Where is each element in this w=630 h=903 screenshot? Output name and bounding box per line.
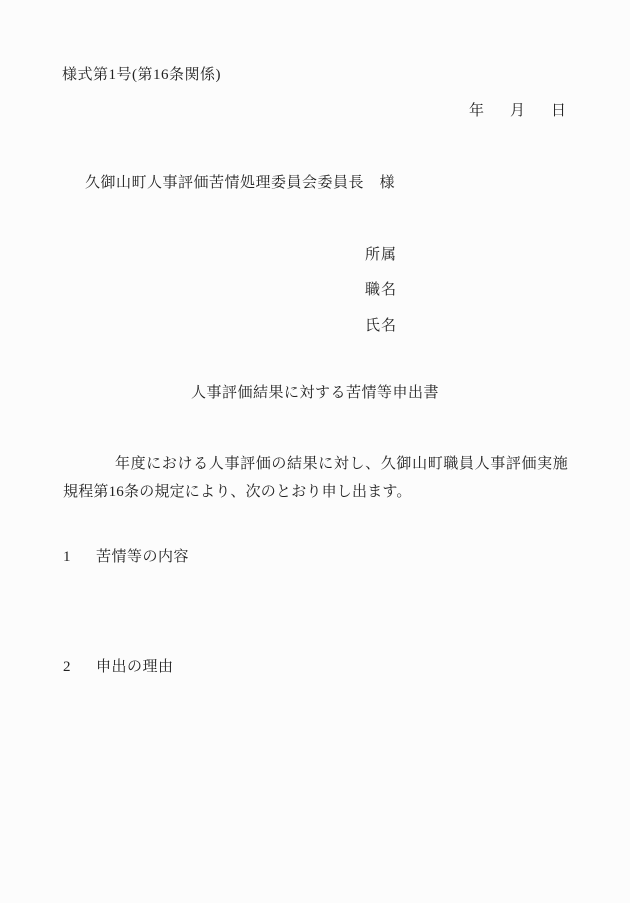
job-title-field-label: 職名 [365,278,397,299]
name-field-label: 氏名 [365,314,397,335]
date-line: 年 月 日 [469,99,566,120]
affiliation-field-label: 所属 [365,243,397,264]
section-1-number: 1 [63,549,73,566]
section-2: 2申出の理由 [63,655,174,676]
section-1-heading: 苦情等の内容 [96,549,189,565]
document-title: 人事評価結果に対する苦情等申出書 [0,381,630,402]
section-2-heading: 申出の理由 [96,659,174,675]
date-day-label: 日 [551,99,566,120]
addressee-line: 久御山町人事評価苦情処理委員会委員長 様 [85,171,395,192]
section-1: 1苦情等の内容 [63,545,189,566]
section-2-number: 2 [63,659,73,676]
form-page: 様式第1号(第16条関係) 年 月 日 久御山町人事評価苦情処理委員会委員長 様… [0,0,630,903]
form-number-label: 様式第1号(第16条関係) [62,63,221,84]
date-month-label: 月 [510,99,525,120]
date-year-label: 年 [469,99,484,120]
body-paragraph: 年度における人事評価の結果に対し、久御山町職員人事評価実施規程第16条の規定によ… [63,450,568,506]
